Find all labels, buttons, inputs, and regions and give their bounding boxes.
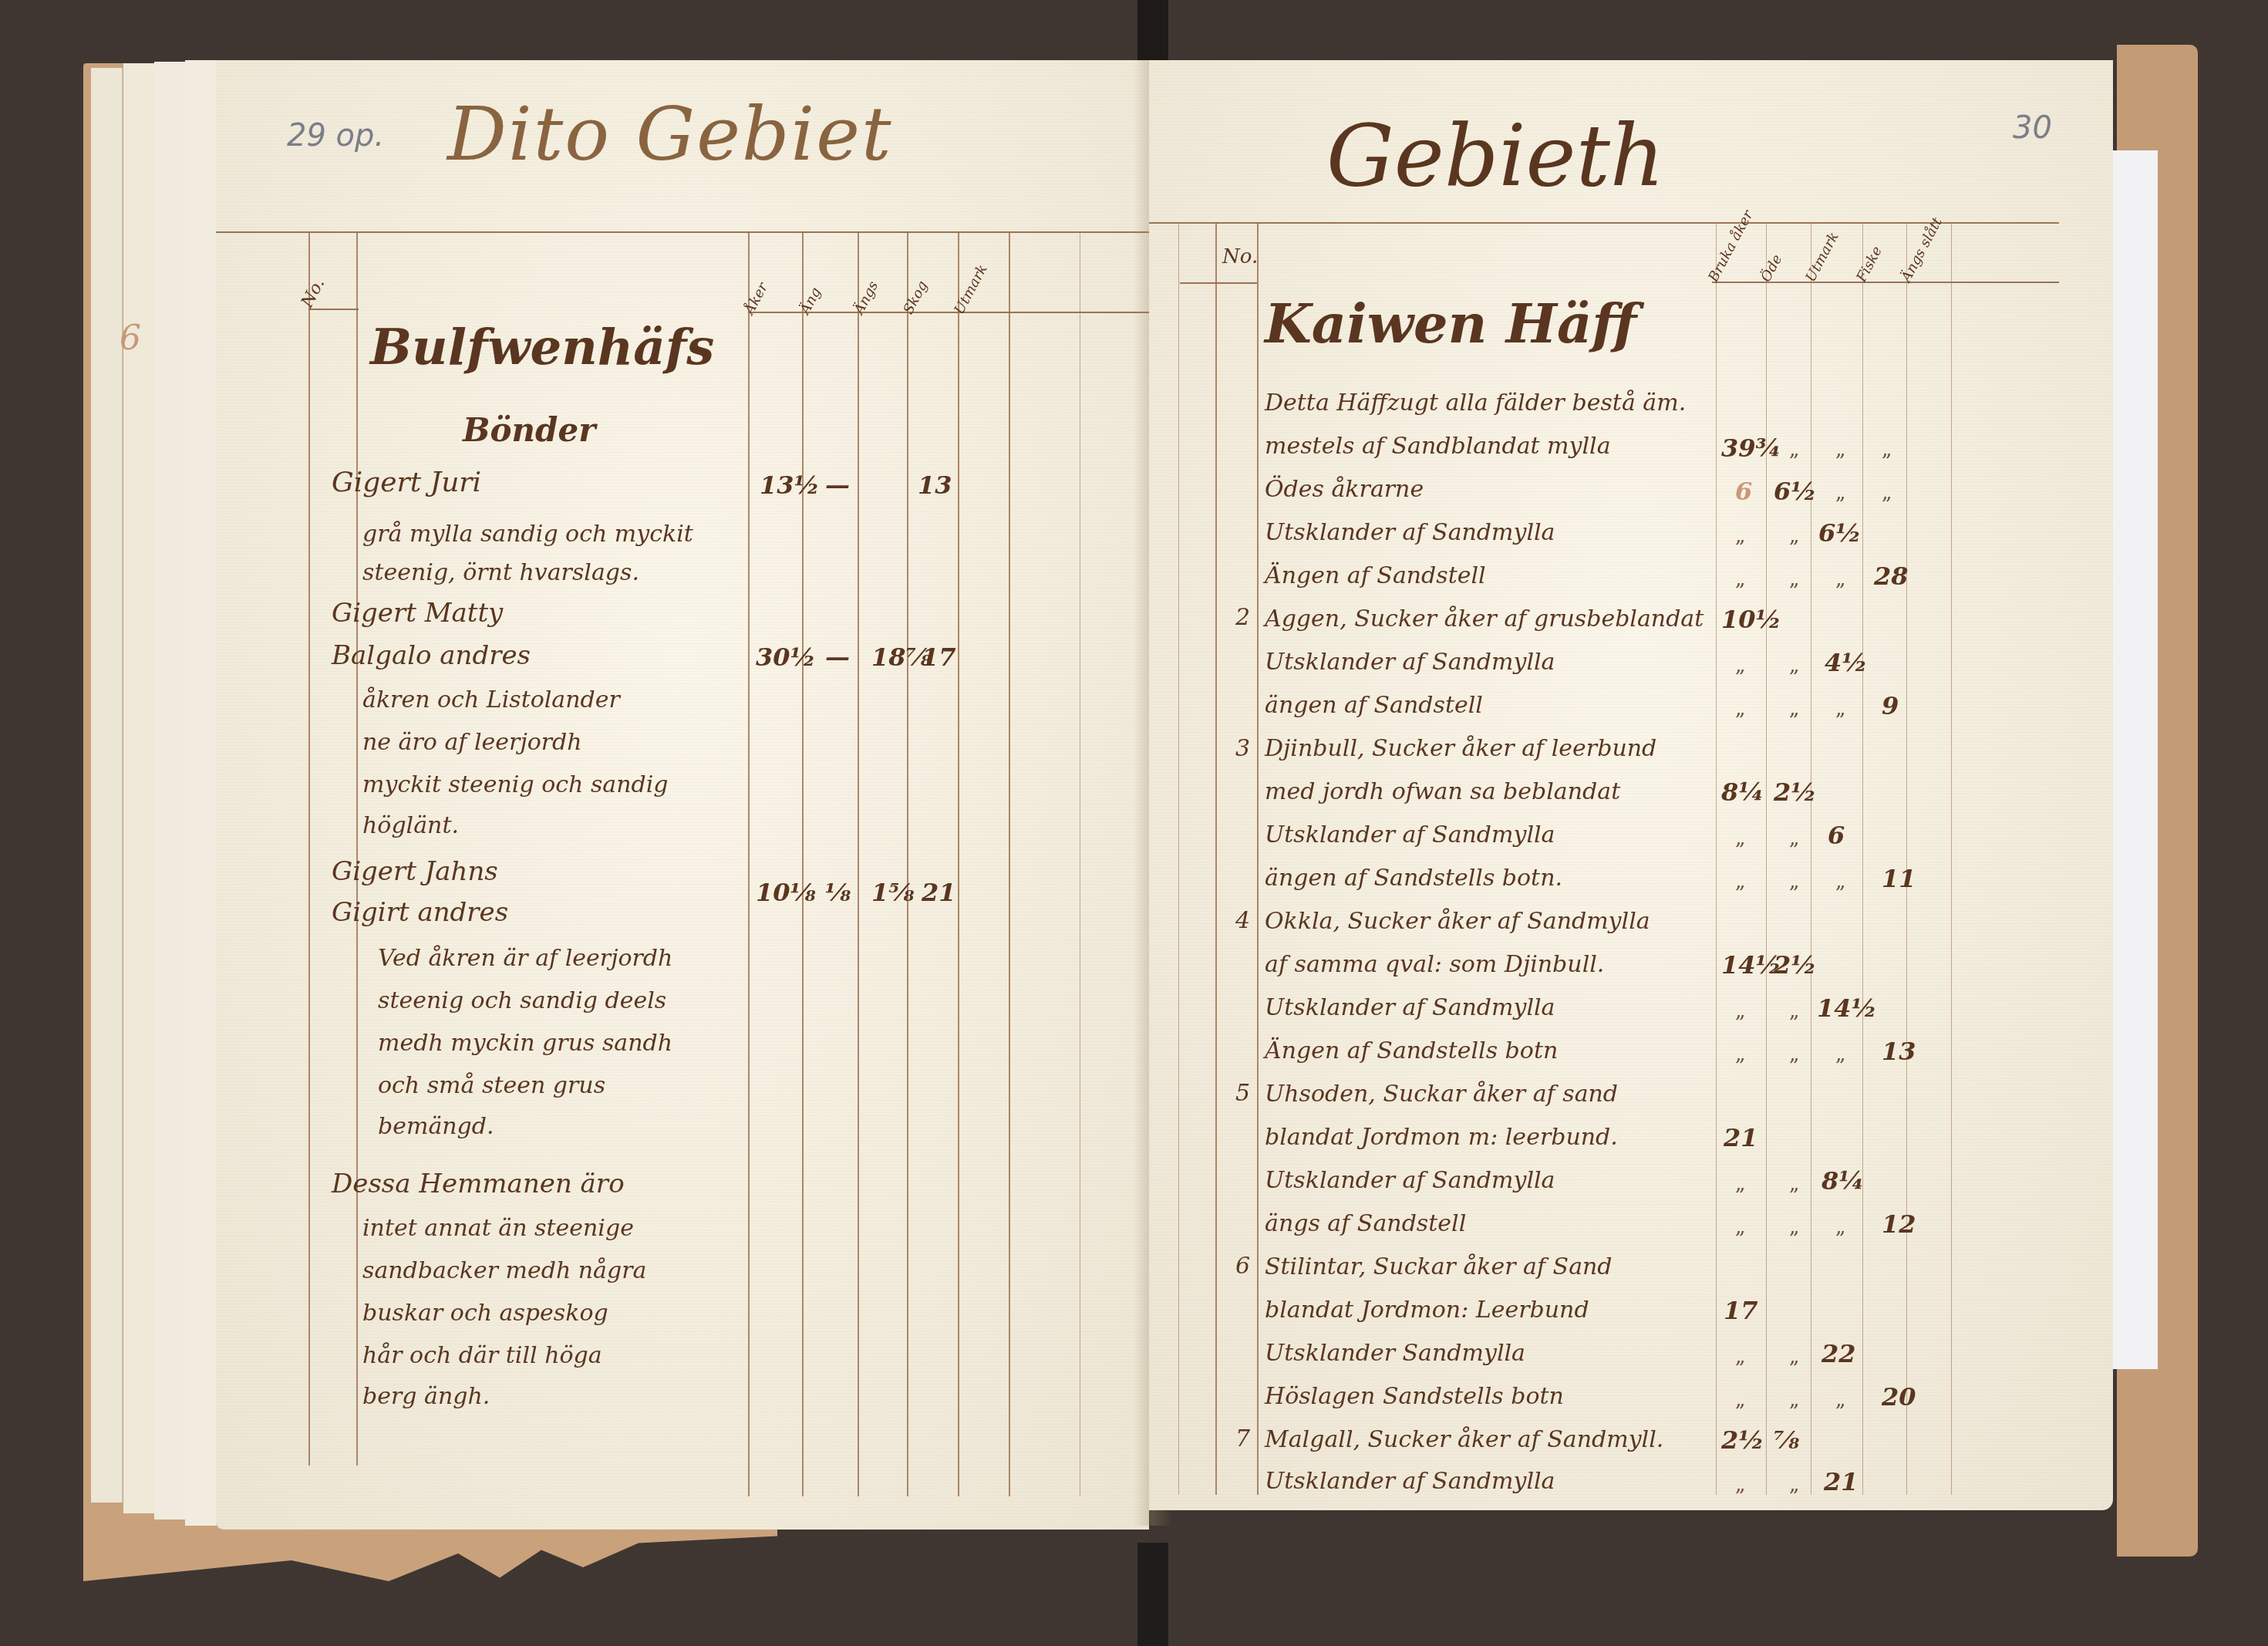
column-divider (1257, 222, 1259, 1495)
ditto-mark: „ (1735, 524, 1745, 548)
ledger-value: — (825, 471, 850, 500)
ditto-mark: „ (1735, 697, 1745, 720)
ledger-entry: med jordh ofwan sa beblandat (1265, 781, 1620, 804)
ledger-entry: steenig, örnt hvarslags. (362, 562, 639, 585)
ditto-mark: „ (1735, 870, 1745, 893)
ledger-entry: medh myckin grus sandh (378, 1032, 672, 1055)
ledger-value: 2½ (1774, 777, 1817, 807)
ledger-entry: buskar och aspeskog (362, 1302, 608, 1325)
ditto-mark: „ (1789, 1473, 1799, 1496)
page-title: Dito Gebiet (447, 91, 893, 177)
ledger-entry: Utsklander af Sandmylla (1265, 651, 1555, 674)
column-header: Öde (1757, 252, 1785, 285)
ledger-value: 6 (1735, 477, 1752, 506)
ledger-entry: hår och där till höga (362, 1344, 602, 1368)
page-edge-stack (123, 63, 155, 1513)
ledger-entry: Utsklander af Sandmylla (1265, 521, 1555, 545)
section-title: Kaiwen Häff (1265, 292, 1636, 356)
column-divider (958, 231, 959, 1496)
ditto-mark: „ (1789, 827, 1799, 850)
ledger-entry: mestels af Sandblandat mylla (1265, 435, 1611, 458)
ledger-value: 22 (1821, 1339, 1856, 1368)
ditto-mark: „ (1735, 827, 1745, 850)
ledger-value: 11 (1882, 864, 1916, 893)
ditto-mark: „ (1789, 524, 1799, 548)
ledger-entry: Ängen af Sandstell (1265, 565, 1486, 588)
column-divider (356, 231, 358, 1466)
ledger-entry: ne äro af leerjordh (362, 731, 582, 754)
ledger-entry: Utsklander af Sandmylla (1265, 1169, 1555, 1192)
ledger-value: 8¼ (1721, 777, 1764, 807)
ledger-entry: Utsklander af Sandmylla (1265, 1470, 1555, 1493)
ledger-value: 21 (1724, 1123, 1758, 1152)
page-edge-stack (91, 68, 123, 1503)
ledger-entry: Höslagen Sandstells botn (1265, 1385, 1564, 1408)
column-header-no: No. (298, 275, 329, 311)
ledger-value: ⅞ (1774, 1425, 1799, 1455)
ledger-value: 4½ (1825, 648, 1868, 677)
ledger-entry: Gigert Jahns (332, 858, 498, 885)
column-divider (802, 231, 804, 1496)
column-divider (1080, 231, 1080, 1496)
ditto-mark: „ (1789, 568, 1799, 591)
ledger-value: 10⅛ (756, 878, 816, 907)
column-divider (1862, 222, 1863, 1495)
entry-number: 2 (1235, 604, 1250, 631)
section-title: Bulfwenhäfs (370, 319, 714, 376)
ledger-entry: och små steen grus (378, 1074, 605, 1098)
ledger-entry: ängen af Sandstells botn. (1265, 867, 1562, 890)
ledger-entry: Ved åkren är af leerjordh (378, 947, 672, 970)
ledger-entry: åkren och Listolander (362, 689, 620, 712)
ditto-mark: „ (1789, 870, 1799, 893)
header-rule-no (308, 309, 359, 310)
ledger-value: 20 (1882, 1382, 1916, 1412)
ledger-value: 12 (1882, 1209, 1916, 1239)
ledger-entry: ängen af Sandstell (1265, 694, 1483, 717)
ditto-mark: „ (1835, 870, 1845, 893)
column-divider (308, 231, 310, 1466)
ledger-value: 17 (922, 643, 956, 672)
section-subtitle: Bönder (463, 411, 595, 449)
page-edge-stack (154, 62, 186, 1520)
ledger-entry: Malgall, Sucker åker af Sandmyll. (1265, 1428, 1663, 1452)
ditto-mark: „ (1835, 1388, 1845, 1412)
column-header: Ängs slått (1898, 215, 1945, 285)
ledger-entry: Balgalo andres (332, 643, 531, 669)
ditto-mark: „ (1735, 1388, 1745, 1412)
header-rule-columns (1712, 282, 2059, 283)
column-header-no: No. (1222, 245, 1258, 268)
ledger-value: 21 (922, 878, 956, 907)
ditto-mark: „ (1835, 697, 1845, 720)
column-divider (1811, 222, 1811, 1495)
white-paper-slip (2113, 150, 2158, 1369)
column-header: Fiske (1853, 244, 1886, 285)
ledger-entry: Utsklander Sandmylla (1265, 1342, 1525, 1365)
ledger-value: 1⅝ (871, 878, 914, 907)
folio-number: 30 (2013, 110, 2052, 146)
ditto-mark: „ (1735, 568, 1745, 591)
ledger-entry: Gigirt andres (332, 899, 508, 926)
ledger-entry: grå mylla sandig och myckit (362, 523, 693, 546)
column-header: Bruka åker (1705, 207, 1756, 285)
ledger-entry: Utsklander af Sandmylla (1265, 824, 1555, 847)
ledger-value: 21 (1824, 1467, 1859, 1496)
ditto-mark: „ (1735, 1000, 1745, 1023)
ledger-entry: Stilintar, Suckar åker af Sand (1265, 1256, 1613, 1279)
ditto-mark: „ (1835, 481, 1845, 504)
ledger-entry: Djinbull, Sucker åker af leerbund (1265, 737, 1656, 761)
ledger-value: ⅛ (825, 878, 851, 907)
ledger-entry: Gigert Matty (332, 600, 503, 626)
ledger-value: — (825, 643, 850, 672)
margin-number: 6 (120, 319, 141, 358)
ledger-entry: sandbacker medh några (362, 1260, 646, 1283)
ditto-mark: „ (1789, 1000, 1799, 1023)
ledger-entry: Aggen, Sucker åker af grusbeblandat (1265, 608, 1704, 631)
ledger-entry: Okkla, Sucker åker af Sandmylla (1265, 910, 1650, 933)
ditto-mark: „ (1735, 1172, 1745, 1196)
column-divider (1951, 222, 1952, 1495)
ledger-value: 30½ (756, 643, 816, 672)
column-header: Utmark (1802, 230, 1842, 285)
ledger-entry: Detta Häffzugt alla fälder bestå äm. (1265, 392, 1686, 415)
ledger-entry: Dessa Hemmanen äro (332, 1171, 625, 1197)
page-edge-stack (185, 60, 217, 1526)
ditto-mark: „ (1789, 1388, 1799, 1412)
ledger-entry: Gigert Juri (332, 469, 481, 497)
ledger-entry: blandat Jordmon: Leerbund (1265, 1299, 1589, 1322)
page-title: Gebieth (1326, 106, 1665, 205)
ledger-value: 13 (1882, 1037, 1916, 1066)
column-divider (1766, 222, 1767, 1495)
ledger-value: 10½ (1721, 605, 1781, 634)
ledger-value: 6½ (1818, 518, 1862, 548)
ditto-mark: „ (1789, 1216, 1799, 1239)
ditto-mark: „ (1835, 568, 1845, 591)
ledger-value: 9 (1882, 691, 1899, 720)
header-rule-no (1180, 282, 1257, 284)
ledger-value: 6 (1828, 821, 1845, 850)
column-divider (1178, 222, 1179, 1495)
column-divider (748, 231, 750, 1496)
column-divider (1716, 222, 1717, 1495)
ledger-entry: Uhsoden, Suckar åker af sand (1265, 1083, 1618, 1106)
ledger-entry: Ödes åkrarne (1265, 478, 1424, 501)
ledger-value: 2½ (1774, 950, 1817, 980)
column-divider (1215, 222, 1217, 1495)
ledger-entry: myckit steenig och sandig (362, 774, 669, 797)
ditto-mark: „ (1735, 1473, 1745, 1496)
ditto-mark: „ (1835, 438, 1845, 461)
ditto-mark: „ (1789, 654, 1799, 677)
ditto-mark: „ (1735, 1043, 1745, 1066)
entry-number: 3 (1235, 735, 1250, 762)
entry-number: 6 (1235, 1253, 1250, 1280)
ledger-entry: intet annat än steenige (362, 1217, 634, 1240)
ledger-value: 14½ (1721, 950, 1781, 980)
column-divider (1906, 222, 1907, 1495)
ditto-mark: „ (1789, 697, 1799, 720)
entry-number: 7 (1235, 1425, 1250, 1452)
ledger-entry: Ängen af Sandstells botn (1265, 1040, 1558, 1063)
ledger-entry: bemängd. (378, 1115, 494, 1138)
ditto-mark: „ (1882, 481, 1892, 504)
ledger-entry: steenig och sandig deels (378, 990, 666, 1013)
ledger-value: 17 (1724, 1296, 1758, 1325)
ledger-value: 8¼ (1821, 1166, 1865, 1196)
ledger-entry: Utsklander af Sandmylla (1265, 997, 1555, 1020)
ledger-entry: berg ängh. (362, 1385, 490, 1408)
ledger-entry: höglänt. (362, 815, 459, 838)
column-divider (907, 231, 908, 1496)
ditto-mark: „ (1835, 1043, 1845, 1066)
ditto-mark: „ (1789, 1345, 1799, 1368)
ditto-mark: „ (1735, 1216, 1745, 1239)
ditto-mark: „ (1835, 1216, 1845, 1239)
folio-number: 29 op. (287, 118, 384, 153)
left-page: 29 op. Dito Gebiet 6 No. Åker Äng Ängs S… (216, 60, 1149, 1530)
ledger-value: 13½ (760, 471, 820, 500)
ledger-entry: ängs af Sandstell (1265, 1213, 1466, 1236)
ledger-value: 2½ (1721, 1425, 1764, 1455)
header-rule-top (1149, 222, 2059, 224)
ledger-entry: af samma qval: som Djinbull. (1265, 953, 1604, 976)
ditto-mark: „ (1789, 438, 1799, 461)
ditto-mark: „ (1882, 438, 1892, 461)
ledger-entry: blandat Jordmon m: leerbund. (1265, 1126, 1618, 1149)
column-divider (858, 231, 859, 1496)
ditto-mark: „ (1789, 1043, 1799, 1066)
ledger-value: 39¾ (1721, 433, 1781, 463)
entry-number: 4 (1235, 907, 1250, 934)
entry-number: 5 (1235, 1080, 1250, 1107)
book-spine-bottom (1137, 1543, 1168, 1646)
book-spine-top (1137, 0, 1168, 62)
ledger-value: 14½ (1817, 993, 1877, 1023)
ditto-mark: „ (1735, 654, 1745, 677)
right-page: 30 Gebieth No. Bruka åker Öde Utmark Fis… (1149, 60, 2113, 1510)
column-divider (1009, 231, 1010, 1496)
ledger-value: 6½ (1774, 477, 1817, 506)
ditto-mark: „ (1789, 1172, 1799, 1196)
ledger-value: 13 (918, 471, 952, 500)
ledger-value: 28 (1874, 562, 1909, 591)
ditto-mark: „ (1735, 1345, 1745, 1368)
